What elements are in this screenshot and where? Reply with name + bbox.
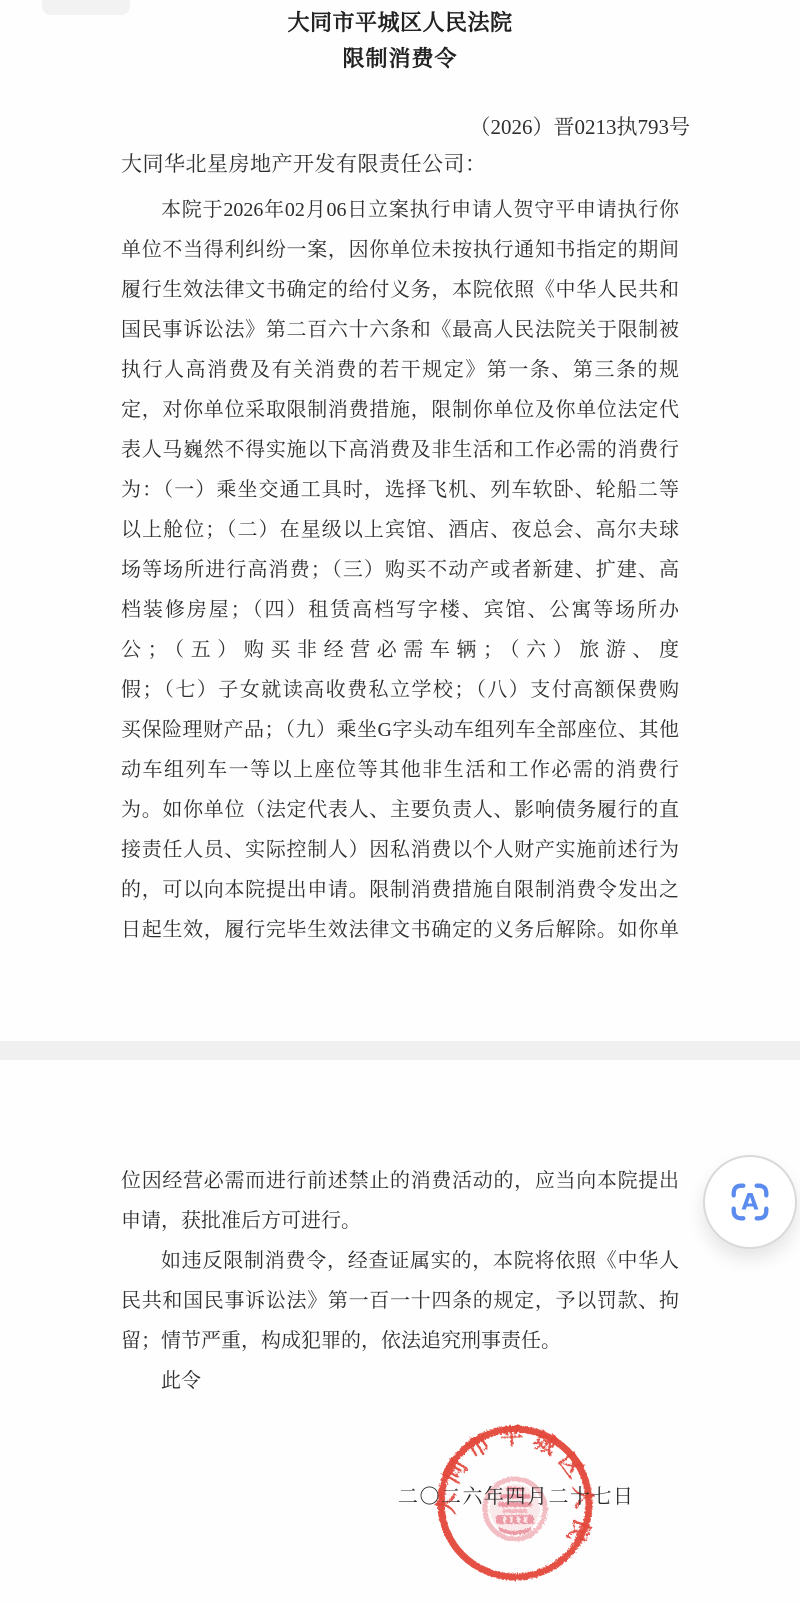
document-text-line: 此令 — [121, 1361, 679, 1401]
document-text-line: 为。如你单位（法定代表人、主要负责人、影响债务履行的直 — [121, 790, 679, 830]
document-text-line: 的，可以向本院提出申请。限制消费措施自限制消费令发出之 — [121, 870, 679, 910]
document-text-line: 场等场所进行高消费；（三）购买不动产或者新建、扩建、高 — [121, 550, 679, 590]
document-text-line: 定，对你单位采取限制消费措施，限制你单位及你单位法定代 — [121, 390, 679, 430]
live-text-letter: A — [741, 1191, 758, 1216]
document-text-line: 履行生效法律文书确定的给付义务，本院依照《中华人民共和 — [121, 270, 679, 310]
document-text-line: 留；情节严重，构成犯罪的，依法追究刑事责任。 — [121, 1321, 679, 1361]
addressee-line: 大同华北星房地产开发有限责任公司： — [121, 151, 487, 177]
document-text-line: 为：（一）乘坐交通工具时，选择飞机、列车软卧、轮船二等 — [121, 470, 679, 510]
document-title: 限制消费令 — [0, 46, 800, 72]
document-text-line: 单位不当得利纠纷一案，因你单位未按执行通知书指定的期间 — [121, 230, 679, 270]
document-text-line: 表人马巍然不得实施以下高消费及非生活和工作必需的消费行 — [121, 430, 679, 470]
document-text-line: 档装修房屋；（四）租赁高档写字楼、宾馆、公寓等场所办 — [121, 590, 679, 630]
live-text-button[interactable]: A — [703, 1155, 797, 1249]
document-date: 二〇二六年四月二十七日 — [398, 1484, 635, 1510]
document-text-line: 动车组列车一等以上座位等其他非生活和工作必需的消费行 — [121, 750, 679, 790]
document-text-line: 位因经营必需而进行前述禁止的消费活动的，应当向本院提出 — [121, 1161, 679, 1201]
document-body-page1: 本院于2026年02月06日立案执行申请人贺守平申请执行你单位不当得利纠纷一案，… — [121, 190, 679, 950]
document-text-line: 民共和国民事诉讼法》第一百一十四条的规定，予以罚款、拘 — [121, 1281, 679, 1321]
document-text-line: 公；（五）购买非经营必需车辆；（六）旅游、度 — [121, 630, 679, 670]
live-text-scan-icon: A — [727, 1179, 773, 1225]
document-text-line: 执行人高消费及有关消费的若干规定》第一条、第三条的规 — [121, 350, 679, 390]
document-text-line: 假；（七）子女就读高收费私立学校；（八）支付高额保费购 — [121, 670, 679, 710]
case-number: （2026）晋0213执793号 — [470, 114, 691, 140]
document-text-line: 买保险理财产品；（九）乘坐G字头动车组列车全部座位、其他 — [121, 710, 679, 750]
document-text-line: 以上舱位；（二）在星级以上宾馆、酒店、夜总会、高尔夫球 — [121, 510, 679, 550]
document-text-line: 本院于2026年02月06日立案执行申请人贺守平申请执行你 — [121, 190, 679, 230]
document-body-page2: 位因经营必需而进行前述禁止的消费活动的，应当向本院提出申请，获批准后方可进行。如… — [121, 1161, 679, 1401]
court-name-heading: 大同市平城区人民法院 — [0, 10, 800, 36]
document-text-line: 接责任人员、实际控制人）因私消费以个人财产实施前述行为 — [121, 830, 679, 870]
document-text-line: 日起生效，履行完毕生效法律文书确定的义务后解除。如你单 — [121, 910, 679, 950]
document-viewer-page: 大同市平城区人民法院 限制消费令 （2026）晋0213执793号 大同华北星房… — [0, 0, 800, 1603]
document-text-line: 如违反限制消费令，经查证属实的，本院将依照《中华人 — [121, 1241, 679, 1281]
page-break-band — [0, 1041, 800, 1060]
document-text-line: 申请，获批准后方可进行。 — [121, 1201, 679, 1241]
document-text-line: 国民事诉讼法》第二百六十六条和《最高人民法院关于限制被 — [121, 310, 679, 350]
